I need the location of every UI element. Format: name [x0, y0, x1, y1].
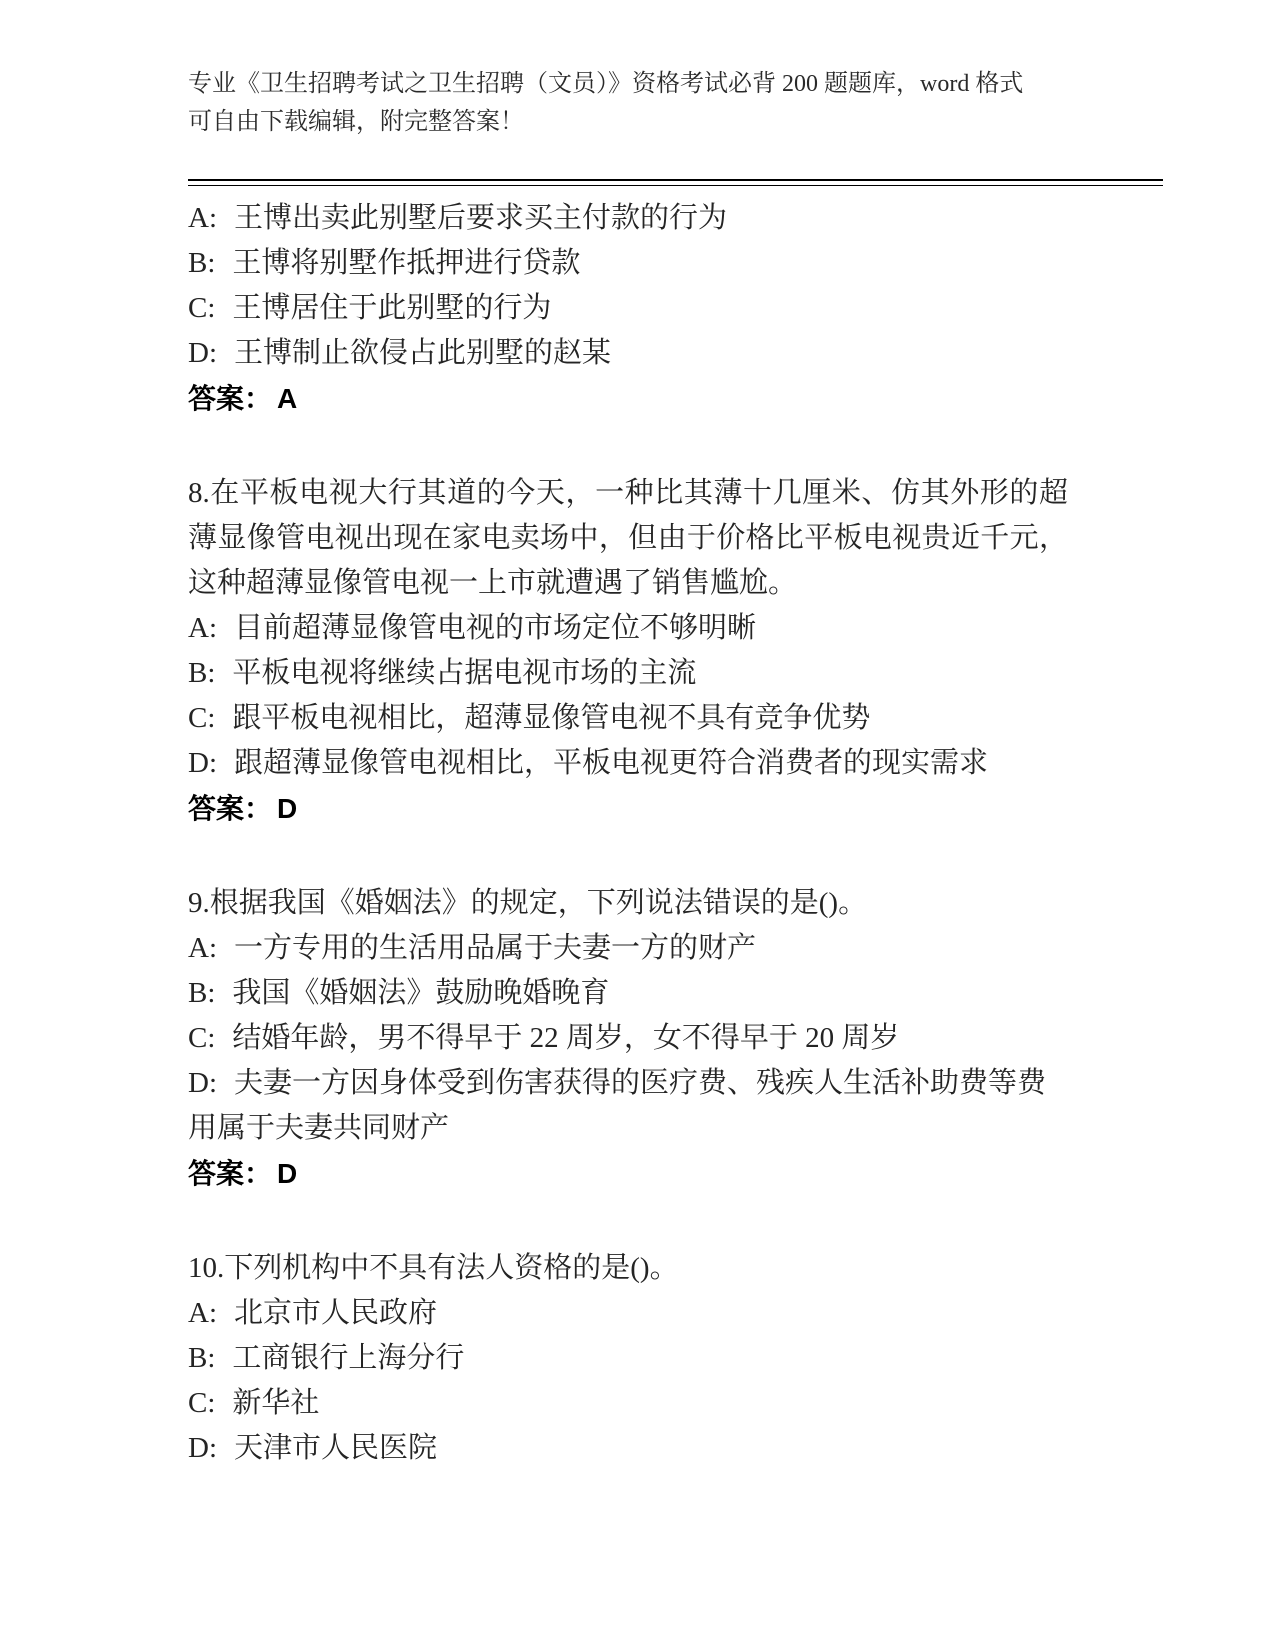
option-text: 天津市人民医院 — [234, 1432, 437, 1464]
answer-label: 答案： — [188, 793, 272, 824]
option-label: C: — [188, 702, 215, 734]
question-9-option-a: A:一方专用的生活用品属于夫妻一方的财产 — [188, 926, 1068, 971]
option-label: B: — [188, 247, 215, 279]
question-8-option-d: D:跟超薄显像管电视相比，平板电视更符合消费者的现实需求 — [188, 741, 1068, 786]
page-header: 专业《卫生招聘考试之卫生招聘（文员）》资格考试必背 200 题题库，word 格… — [188, 65, 1068, 141]
option-text: 王博出卖此别墅后要求买主付款的行为 — [234, 202, 727, 234]
question-7-option-a: A:王博出卖此别墅后要求买主付款的行为 — [188, 196, 1068, 241]
question-7-answer-line: 答案：A — [188, 376, 1068, 421]
header-text-line-2: 可自由下载编辑，附完整答案！ — [188, 103, 1068, 141]
option-label: A: — [188, 1297, 217, 1329]
question-10-option-a: A:北京市人民政府 — [188, 1291, 1068, 1336]
question-7-option-b: B:王博将别墅作抵押进行贷款 — [188, 241, 1068, 286]
question-10-stem: 10.下列机构中不具有法人资格的是()。 — [188, 1246, 1068, 1291]
question-8-stem: 8.在平板电视大行其道的今天，一种比其薄十几厘米、仿其外形的超薄显像管电视出现在… — [188, 471, 1068, 606]
option-label: B: — [188, 657, 215, 689]
option-label: C: — [188, 1387, 215, 1419]
option-text: 平板电视将继续占据电视市场的主流 — [232, 657, 696, 689]
option-label: B: — [188, 977, 215, 1009]
question-8-option-c: C:跟平板电视相比，超薄显像管电视不具有竞争优势 — [188, 696, 1068, 741]
question-8-block: 8.在平板电视大行其道的今天，一种比其薄十几厘米、仿其外形的超薄显像管电视出现在… — [188, 471, 1068, 831]
question-8-answer-line: 答案：D — [188, 786, 1068, 831]
option-label: A: — [188, 612, 217, 644]
option-text: 我国《婚姻法》鼓励晚婚晚育 — [232, 977, 609, 1009]
option-text: 王博制止欲侵占此别墅的赵某 — [234, 337, 611, 369]
option-label: D: — [188, 1432, 217, 1464]
option-label: D: — [188, 1067, 217, 1099]
option-label: A: — [188, 932, 217, 964]
divider-thick-line — [188, 179, 1163, 181]
question-10-block: 10.下列机构中不具有法人资格的是()。 A:北京市人民政府 B:工商银行上海分… — [188, 1246, 1068, 1471]
document-page: 专业《卫生招聘考试之卫生招聘（文员）》资格考试必背 200 题题库，word 格… — [0, 0, 1275, 1650]
question-8-option-a: A:目前超薄显像管电视的市场定位不够明晰 — [188, 606, 1068, 651]
answer-value: D — [277, 1158, 297, 1189]
question-7-options-block: A:王博出卖此别墅后要求买主付款的行为 B:王博将别墅作抵押进行贷款 C:王博居… — [188, 196, 1068, 421]
option-text: 跟超薄显像管电视相比，平板电视更符合消费者的现实需求 — [234, 747, 988, 779]
question-7-option-d: D:王博制止欲侵占此别墅的赵某 — [188, 331, 1068, 376]
option-text: 结婚年龄，男不得早于 22 周岁，女不得早于 20 周岁 — [232, 1022, 899, 1054]
option-label: D: — [188, 747, 217, 779]
option-text: 北京市人民政府 — [234, 1297, 437, 1329]
divider-thin-line — [188, 185, 1163, 186]
option-label: D: — [188, 337, 217, 369]
question-9-answer-line: 答案：D — [188, 1151, 1068, 1196]
question-9-stem: 9.根据我国《婚姻法》的规定，下列说法错误的是()。 — [188, 881, 1068, 926]
answer-label: 答案： — [188, 1158, 272, 1189]
document-body: A:王博出卖此别墅后要求买主付款的行为 B:王博将别墅作抵押进行贷款 C:王博居… — [188, 196, 1068, 1471]
option-text: 工商银行上海分行 — [232, 1342, 464, 1374]
question-10-option-d: D:天津市人民医院 — [188, 1426, 1068, 1471]
answer-value: A — [277, 383, 297, 414]
header-divider — [188, 179, 1163, 186]
header-text-line-1: 专业《卫生招聘考试之卫生招聘（文员）》资格考试必背 200 题题库，word 格… — [188, 65, 1068, 103]
question-9-option-d: D:夫妻一方因身体受到伤害获得的医疗费、残疾人生活补助费等费用属于夫妻共同财产 — [188, 1061, 1068, 1151]
option-label: C: — [188, 292, 215, 324]
option-text: 目前超薄显像管电视的市场定位不够明晰 — [234, 612, 756, 644]
option-text: 新华社 — [232, 1387, 319, 1419]
option-text: 一方专用的生活用品属于夫妻一方的财产 — [234, 932, 756, 964]
option-text: 王博将别墅作抵押进行贷款 — [232, 247, 580, 279]
option-text: 跟平板电视相比，超薄显像管电视不具有竞争优势 — [232, 702, 870, 734]
question-9-block: 9.根据我国《婚姻法》的规定，下列说法错误的是()。 A:一方专用的生活用品属于… — [188, 881, 1068, 1196]
answer-value: D — [277, 793, 297, 824]
option-label: A: — [188, 202, 217, 234]
answer-label: 答案： — [188, 383, 272, 414]
question-9-option-c: C:结婚年龄，男不得早于 22 周岁，女不得早于 20 周岁 — [188, 1016, 1068, 1061]
question-9-option-b: B:我国《婚姻法》鼓励晚婚晚育 — [188, 971, 1068, 1016]
question-7-option-c: C:王博居住于此别墅的行为 — [188, 286, 1068, 331]
option-label: B: — [188, 1342, 215, 1374]
option-label: C: — [188, 1022, 215, 1054]
question-10-option-b: B:工商银行上海分行 — [188, 1336, 1068, 1381]
option-text: 夫妻一方因身体受到伤害获得的医疗费、残疾人生活补助费等费用属于夫妻共同财产 — [188, 1067, 1046, 1144]
option-text: 王博居住于此别墅的行为 — [232, 292, 551, 324]
question-8-option-b: B:平板电视将继续占据电视市场的主流 — [188, 651, 1068, 696]
question-10-option-c: C:新华社 — [188, 1381, 1068, 1426]
